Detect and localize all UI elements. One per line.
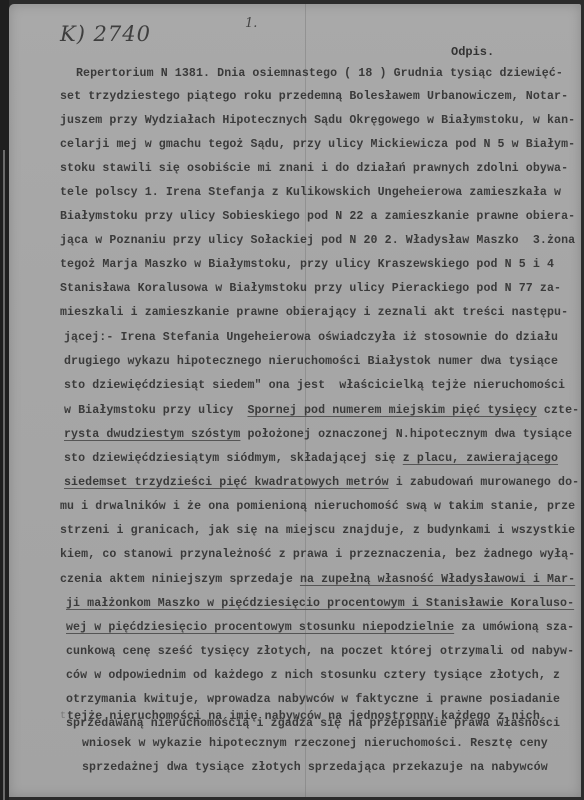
document-line: Stanisława Koralusowa w Białymstoku przy… [60, 282, 561, 295]
underlined-text: siedemset trzydzieści pięć kwadratowych … [64, 476, 389, 489]
document-line: czenia aktem niniejszym sprzedaje na zup… [60, 573, 575, 586]
underlined-text: rysta dwudziestym szóstym [64, 428, 240, 441]
document-heading: Odpis. [451, 45, 494, 59]
underlined-text: z placu, zawierającego [403, 452, 558, 465]
document-line: tejże nieruchomości na imię nabywców na … [60, 710, 540, 723]
document-line: kiem, co stanowi przynależność z prawa i… [60, 548, 575, 561]
document-line: w Białymstoku przy ulicy Spornej pod num… [64, 404, 579, 417]
underlined-text: wej w pięćdziesięcio procentowym stosunk… [66, 621, 454, 634]
document-line: wej w pięćdziesięcio procentowym stosunk… [66, 621, 574, 634]
document-line: stoku stawili się osobiście mi znani i d… [60, 162, 568, 175]
handwritten-annotation: K) 2740 [60, 22, 151, 46]
document-line: set trzydziestego piątego roku przedemną… [60, 90, 568, 103]
document-line: mieszkali i zamieszkanie prawne obierają… [60, 306, 568, 319]
document-line: strzeni i granicach, jak się na miejscu … [60, 524, 575, 537]
document-line: sto dziewięćdziesiąt siedem" ona jest wł… [64, 379, 565, 392]
document-line: siedemset trzydzieści pięć kwadratowych … [64, 476, 579, 489]
document-line: ców w odpowiednim od każdego z nich stos… [66, 669, 560, 682]
document-line: tele polscy 1. Irena Stefanja z Kulikows… [60, 186, 561, 199]
document-line: sprzedażnej dwa tysiące złotych sprzedaj… [82, 761, 548, 774]
underlined-text: ji małżonkom Maszko w pięćdziesięcio pro… [66, 597, 574, 610]
document-line: wniosek w wykazie hipotecznym rzeczonej … [82, 737, 548, 750]
document-line: ji małżonkom Maszko w pięćdziesięcio pro… [66, 597, 574, 610]
document-line: celarji mej w gmachu tegoż Sądu, przy ul… [60, 138, 575, 151]
document-line: jąca w Poznaniu przy ulicy Sołackiej pod… [60, 234, 575, 247]
document-line: Białymstoku przy ulicy Sobieskiego pod N… [60, 210, 575, 223]
document-line: Repertorium N 1381. Dnia osiemnastego ( … [76, 67, 563, 80]
document-line: rysta dwudziestym szóstym położonej ozna… [64, 428, 572, 441]
document-line: mu i drwalników i że ona pomienioną nier… [60, 500, 575, 513]
page-number: 1. [245, 16, 257, 31]
underlined-text: Spornej pod numerem miejskim pięć tysięc… [248, 404, 537, 417]
document-line: otrzymania kwituje, wprowadza nabywców w… [66, 693, 560, 706]
document-line: tegoż Marja Maszko w Białymstoku, przy u… [60, 258, 554, 271]
scan-edge [0, 0, 9, 800]
underlined-text: na zupełną własność Władysławowi i Mar- [300, 573, 575, 586]
document-line: drugiego wykazu hipotecznego nieruchomoś… [64, 355, 558, 368]
document-line: jącej:- Irena Stefania Ungeheierowa oświ… [64, 331, 558, 344]
document-line: cunkową cenę sześć tysięcy złotych, na p… [66, 645, 574, 658]
document-line: sto dziewięćdziesiątym siódmym, składają… [64, 452, 558, 465]
document-line: juszem przy Wydziałach Hipotecznych Sądu… [60, 114, 575, 127]
